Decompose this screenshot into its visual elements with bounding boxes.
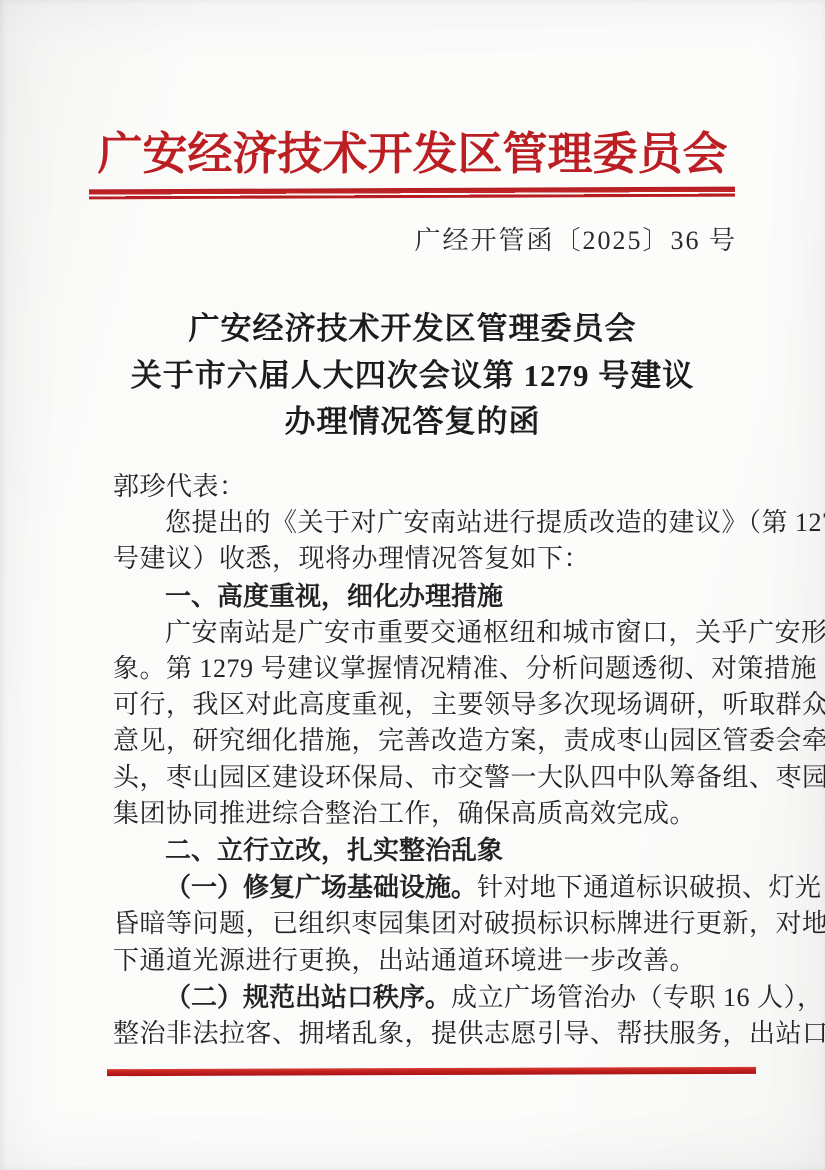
letterhead-org-name: 广安经济技术开发区管理委员会 — [0, 121, 825, 187]
body-run: 号建议）收悉，现将办理情况答复如下： — [113, 544, 590, 573]
body-run: 您提出的《关于对广安南站进行提质改造的建议》（第 1279 — [165, 508, 825, 537]
body-line: 集团协同推进综合整治工作，确保高质高效完成。 — [113, 796, 753, 832]
scanned-document-page: 广安经济技术开发区管理委员会 广经开管函〔2025〕36 号 广安经济技术开发区… — [0, 0, 825, 1170]
document-body: 郭珍代表：您提出的《关于对广安南站进行提质改造的建议》（第 1279号建议）收悉… — [113, 469, 753, 1052]
body-line: 象。第 1279 号建议掌握情况精准、分析问题透彻、对策措施 — [113, 651, 753, 687]
body-line: 可行，我区对此高度重视，主要领导多次现场调研，听取群众 — [113, 687, 753, 723]
body-run: 可行，我区对此高度重视，主要领导多次现场调研，听取群众 — [113, 690, 825, 719]
body-line: 号建议）收悉，现将办理情况答复如下： — [113, 541, 753, 577]
body-run: 昏暗等问题，已组织枣园集团对破损标识标牌进行更新，对地 — [113, 909, 825, 938]
body-run: 头，枣山园区建设环保局、市交警一大队四中队筹备组、枣园 — [113, 763, 825, 792]
body-run: 针对地下通道标识破损、灯光 — [477, 873, 822, 902]
document-title: 广安经济技术开发区管理委员会 关于市六届人大四次会议第 1279 号建议 办理情… — [0, 306, 825, 446]
body-line: （二）规范出站口秩序。成立广场管治办（专职 16 人）， — [113, 979, 753, 1016]
body-run-bold: 一、高度重视，细化办理措施 — [165, 581, 503, 611]
body-run-bold: （一）修复广场基础设施。 — [165, 872, 477, 902]
body-run: 象。第 1279 号建议掌握情况精准、分析问题透彻、对策措施 — [113, 654, 817, 683]
body-run: 郭珍代表： — [113, 472, 246, 501]
letterhead-red-rule — [89, 187, 735, 200]
body-line: 郭珍代表： — [113, 469, 753, 505]
title-line-1: 广安经济技术开发区管理委员会 — [0, 306, 825, 353]
body-run: 整治非法拉客、拥堵乱象，提供志愿引导、帮扶服务，出站口 — [113, 1019, 825, 1048]
body-line: 整治非法拉客、拥堵乱象，提供志愿引导、帮扶服务，出站口 — [113, 1016, 753, 1052]
body-line: 头，枣山园区建设环保局、市交警一大队四中队筹备组、枣园 — [113, 760, 753, 796]
body-run: 成立广场管治办（专职 16 人）， — [451, 983, 824, 1012]
body-run: 广安南站是广安市重要交通枢纽和城市窗口，关乎广安形 — [165, 618, 825, 647]
body-line: 您提出的《关于对广安南站进行提质改造的建议》（第 1279 — [113, 505, 753, 541]
body-run: 集团协同推进综合整治工作，确保高质高效完成。 — [113, 799, 696, 828]
body-line: 广安南站是广安市重要交通枢纽和城市窗口，关乎广安形 — [113, 615, 753, 651]
body-line: 下通道光源进行更换，出站通道环境进一步改善。 — [113, 943, 753, 979]
body-run: 下通道光源进行更换，出站通道环境进一步改善。 — [113, 946, 696, 975]
body-run-bold: （二）规范出站口秩序。 — [165, 982, 451, 1012]
body-run: 意见，研究细化措施，完善改造方案，责成枣山园区管委会牵 — [113, 726, 825, 755]
title-line-2: 关于市六届人大四次会议第 1279 号建议 — [0, 353, 825, 400]
body-line: （一）修复广场基础设施。针对地下通道标识破损、灯光 — [113, 869, 753, 906]
footer-red-rule — [107, 1067, 756, 1076]
body-line: 二、立行立改，扎实整治乱象 — [113, 832, 753, 869]
title-line-3: 办理情况答复的函 — [0, 399, 825, 446]
body-line: 昏暗等问题，已组织枣园集团对破损标识标牌进行更新，对地 — [113, 906, 753, 942]
body-run-bold: 二、立行立改，扎实整治乱象 — [165, 835, 503, 865]
document-number: 广经开管函〔2025〕36 号 — [414, 220, 737, 257]
body-line: 意见，研究细化措施，完善改造方案，责成枣山园区管委会牵 — [113, 723, 753, 759]
body-line: 一、高度重视，细化办理措施 — [113, 578, 753, 615]
